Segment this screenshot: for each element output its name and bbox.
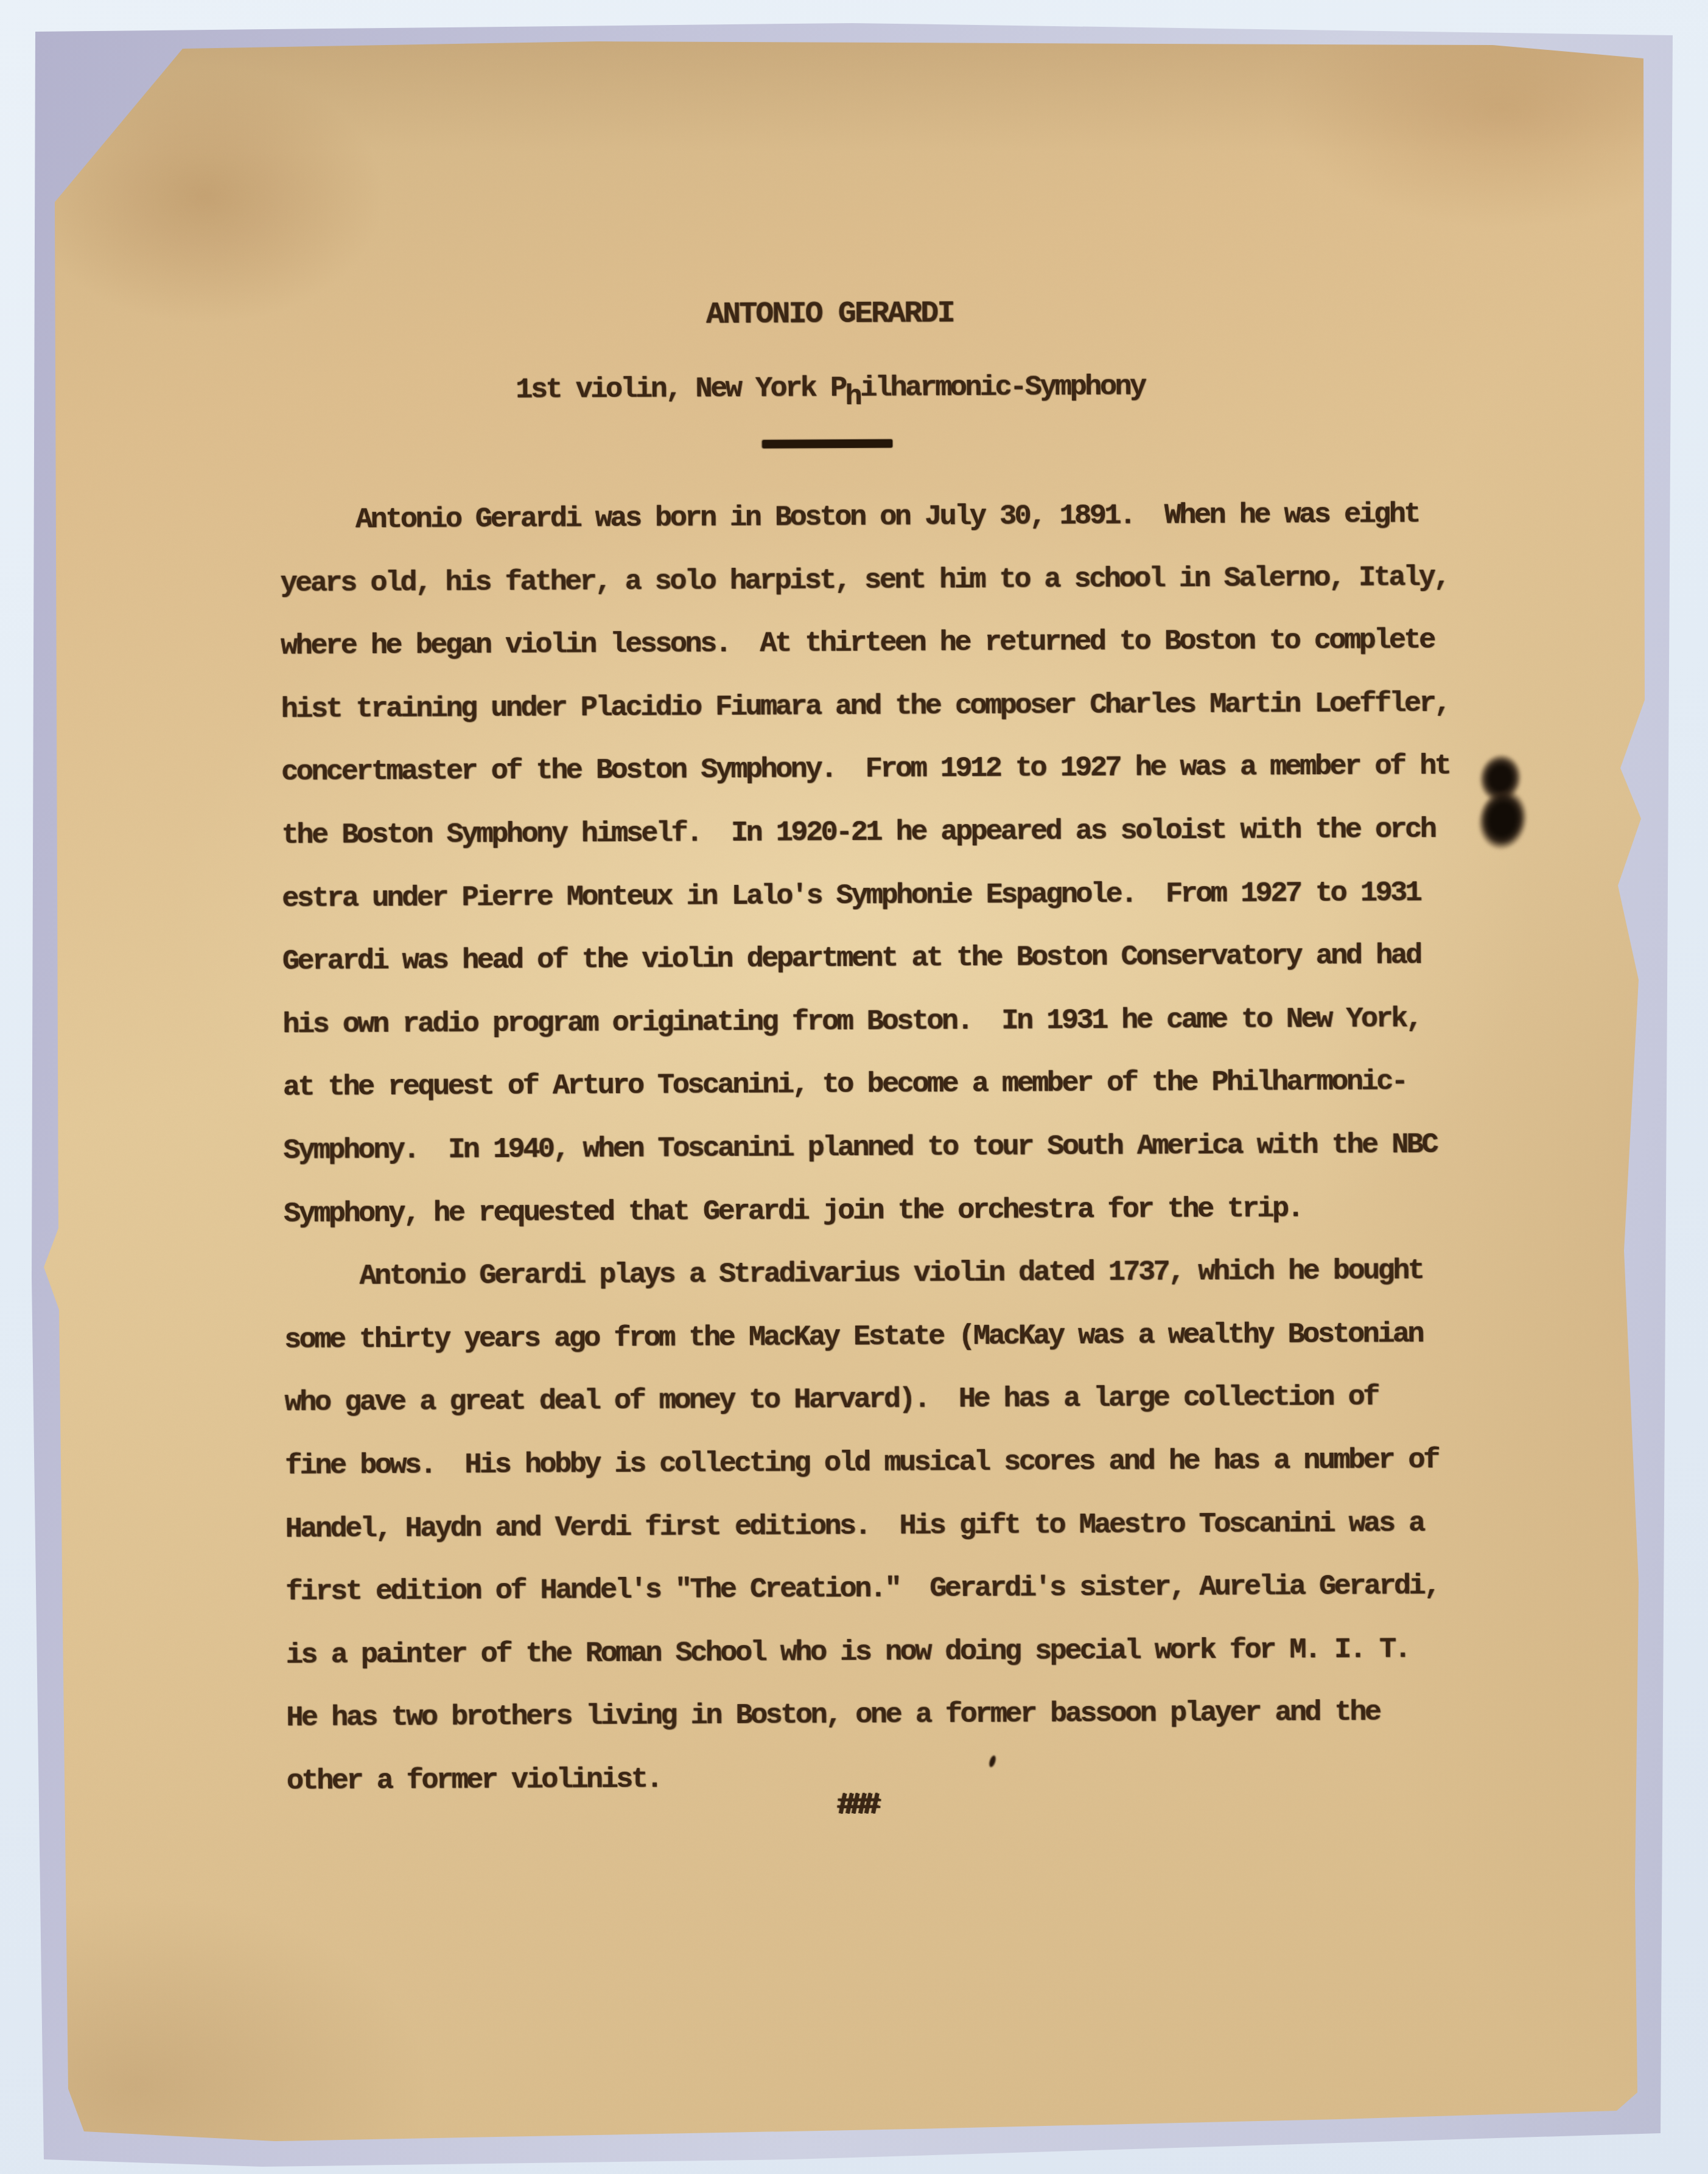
typed-line: fine bows. His hobby is collecting old m… — [285, 1428, 1527, 1498]
typed-line: concertmaster of the Boston Symphony. Fr… — [281, 735, 1524, 805]
typed-line: Handel, Haydn and Verdi first editions. … — [285, 1492, 1527, 1561]
typed-line: hist training under Placidio Fiumara and… — [281, 672, 1523, 741]
subtitle-text-post: ilharmonic-Symphony — [860, 371, 1145, 404]
typewritten-text-layer: ANTONIO GERARDI 1st violin, New York Phi… — [0, 0, 1708, 2174]
subtitle-subscript-h: h — [845, 381, 860, 413]
typed-line: Antonio Gerardi plays a Stradivarius vio… — [284, 1239, 1526, 1309]
page-title: ANTONIO GERARDI — [218, 294, 1441, 335]
document-body: Antonio Gerardi was born in Boston on Ju… — [280, 483, 1528, 1813]
typed-line: Gerardi was head of the violin departmen… — [282, 924, 1525, 993]
page-subtitle: 1st violin, New York Philharmonic-Sympho… — [219, 369, 1442, 408]
typed-line: where he began violin lessons. At thirte… — [281, 609, 1523, 678]
end-of-document-mark: ### — [836, 1788, 875, 1823]
typed-line: at the request of Arturo Toscanini, to b… — [283, 1050, 1525, 1120]
typed-line: the Boston Symphony himself. In 1920-21 … — [281, 798, 1524, 867]
typed-line: years old, his father, a solo harpist, s… — [280, 546, 1522, 615]
title-block: ANTONIO GERARDI 1st violin, New York Phi… — [217, 0, 1440, 3]
typed-line: his own radio program originating from B… — [282, 987, 1525, 1057]
typed-line: Symphony. In 1940, when Toscanini planne… — [283, 1113, 1525, 1183]
scanned-document-photo: { "photo": { "background_color": "#e3ecf… — [0, 0, 1708, 2174]
typed-page: ANTONIO GERARDI 1st violin, New York Phi… — [0, 0, 1708, 2174]
typed-line: first edition of Handel's "The Creation.… — [285, 1554, 1528, 1624]
typed-line: is a painter of the Roman School who is … — [286, 1618, 1528, 1687]
typed-line: estra under Pierre Monteux in Lalo's Sym… — [282, 861, 1524, 931]
typed-line: some thirty years ago from the MacKay Es… — [284, 1302, 1527, 1372]
title-rule — [762, 439, 892, 449]
subtitle-text-pre: 1st violin, New York P — [516, 372, 845, 407]
typed-line: Antonio Gerardi was born in Boston on Ju… — [280, 483, 1522, 552]
typed-line: other a former violinist. — [287, 1744, 1529, 1813]
typed-line: who gave a great deal of money to Harvar… — [284, 1366, 1527, 1435]
typed-line: He has two brothers living in Boston, on… — [286, 1680, 1528, 1750]
typed-line: Symphony, he requested that Gerardi join… — [284, 1176, 1526, 1246]
